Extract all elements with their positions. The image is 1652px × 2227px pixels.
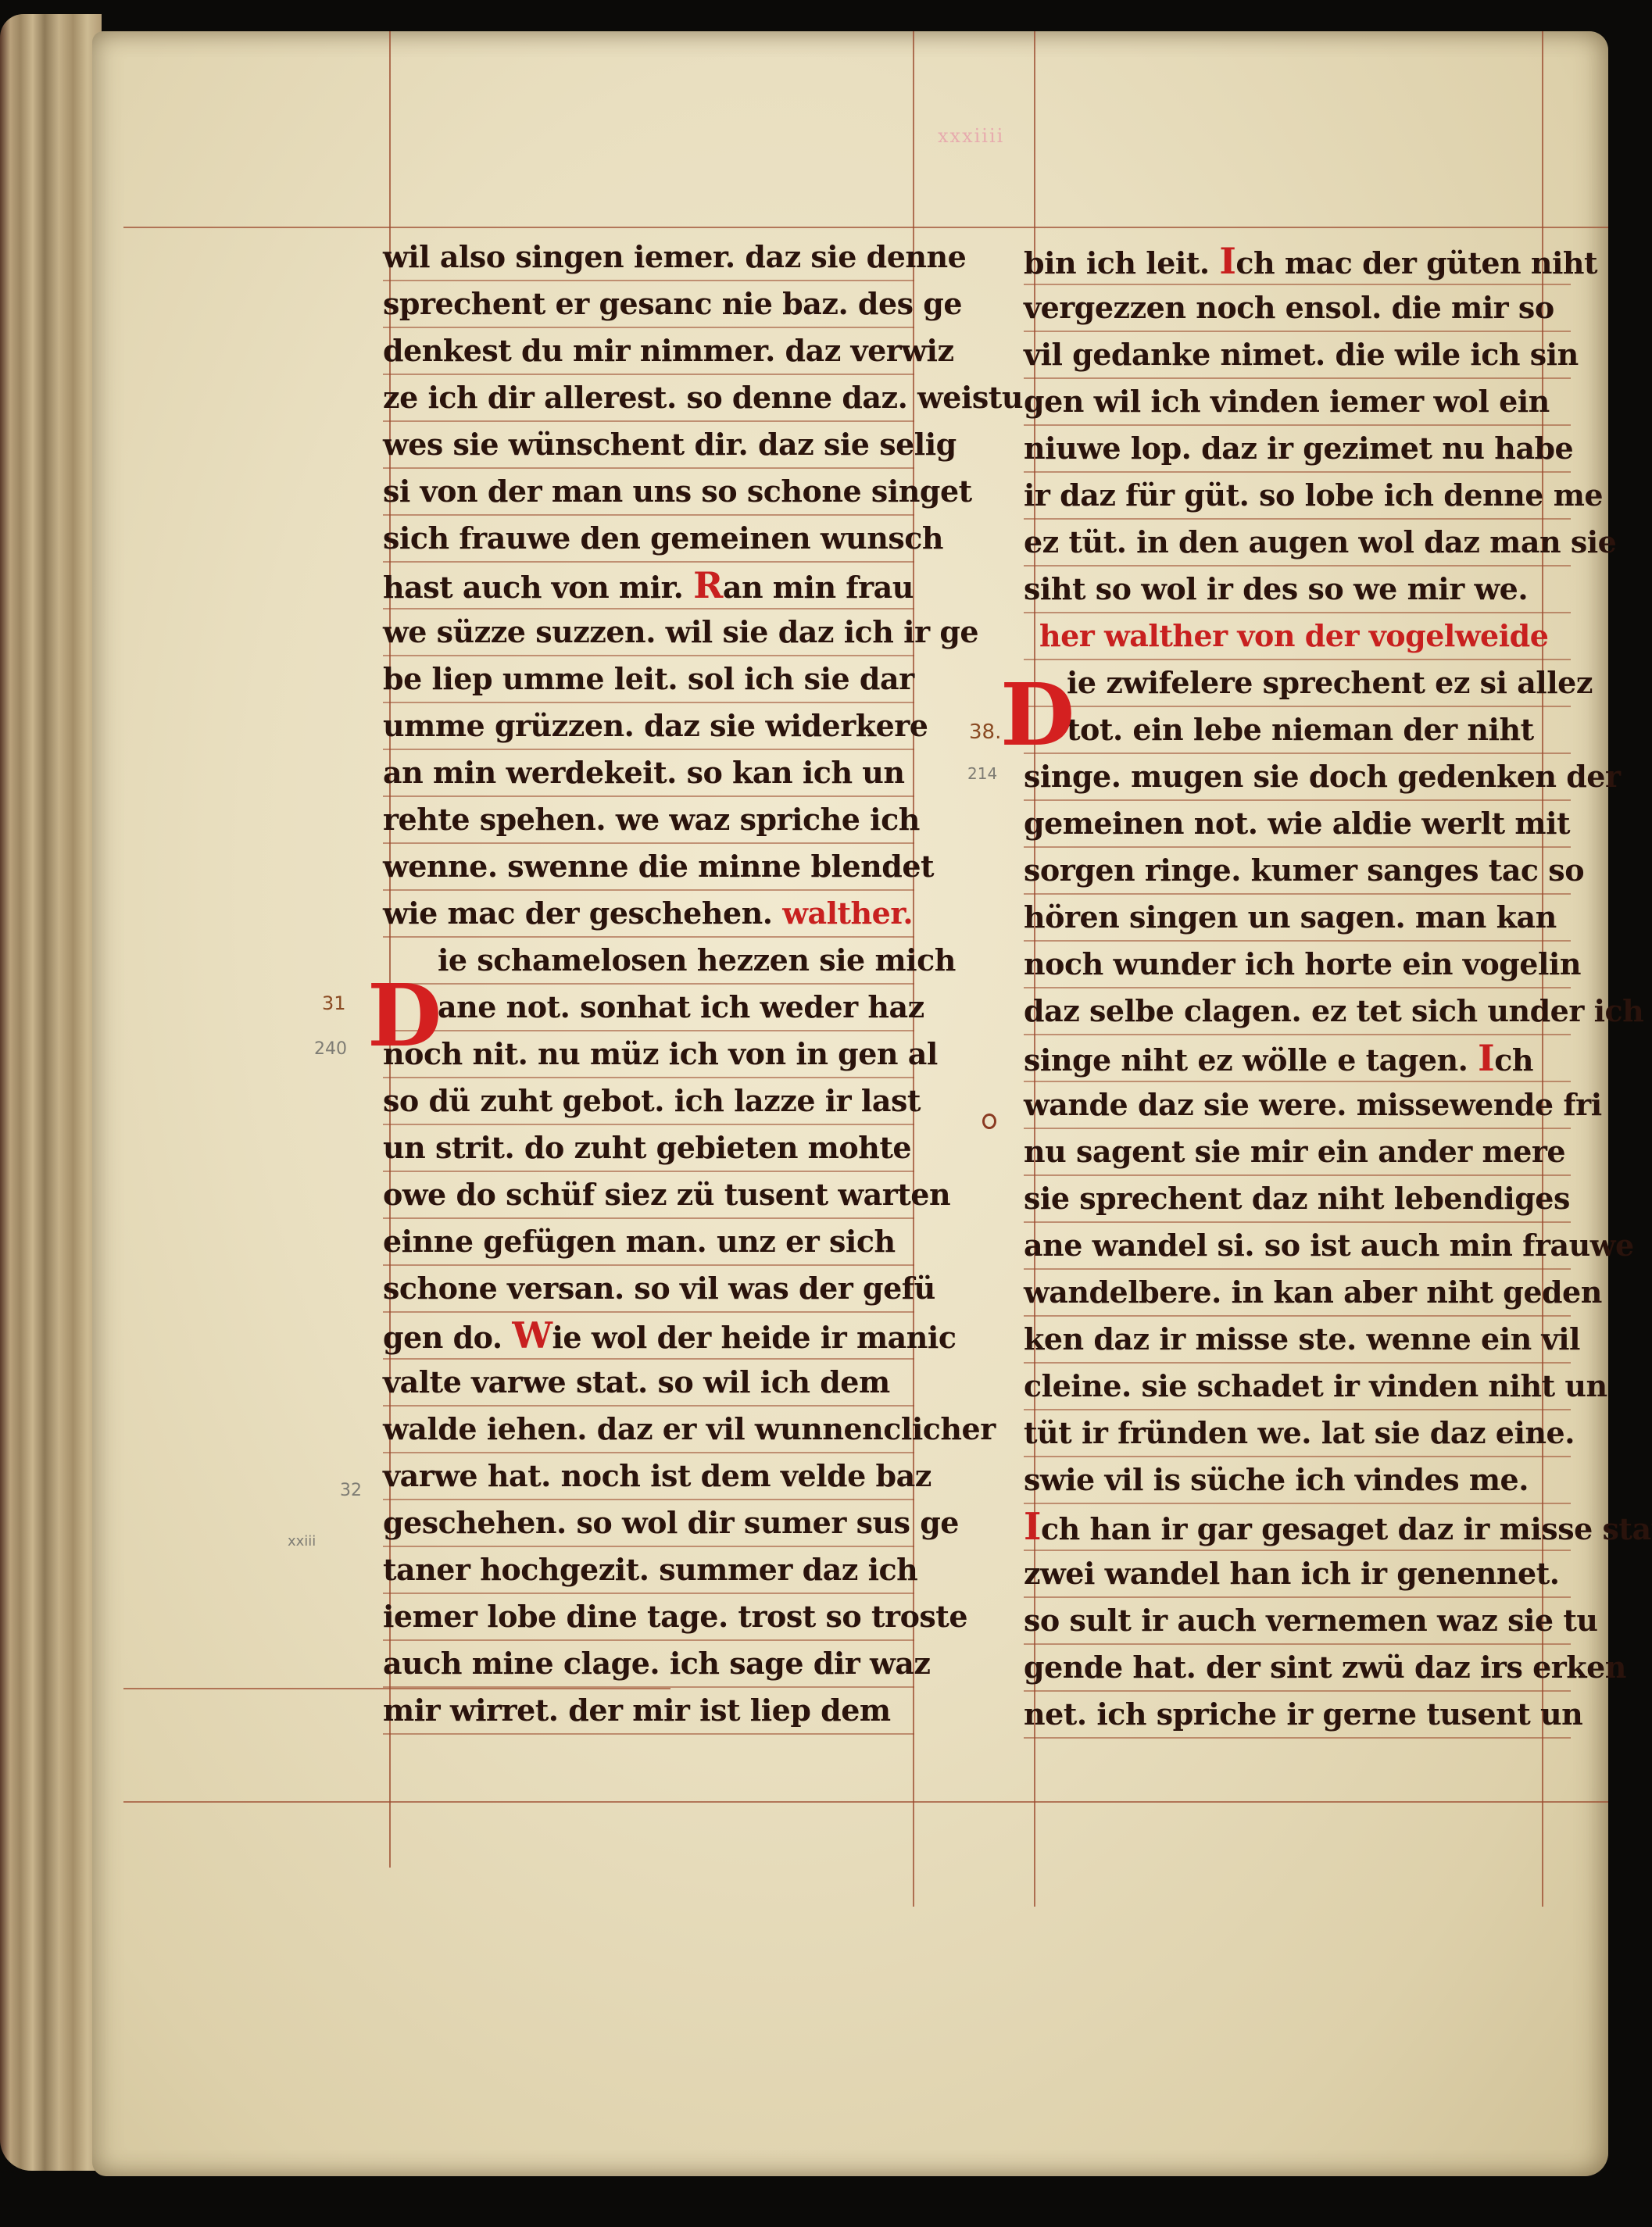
- margin-dot: [982, 1113, 996, 1129]
- folio-number: xxxiiii: [938, 125, 1004, 147]
- text-line: niuwe lop. daz ir gezimet nu habe: [1024, 426, 1571, 473]
- margin-note-number: 38.: [969, 720, 1001, 744]
- text-line: vergezzen noch ensol. die mir so: [1024, 285, 1571, 332]
- text-line: schone versan. so vil was der gefü: [383, 1266, 914, 1313]
- text-line: zwei wandel han ich ir genennet.: [1024, 1551, 1571, 1598]
- rubric-walther: walther.: [782, 895, 913, 931]
- text-line: wil also singen iemer. daz sie denne: [383, 234, 914, 281]
- text-line: noch nit. nu müz ich von in gen al: [383, 1031, 914, 1078]
- text-line: sorgen ringe. kumer sanges tac so: [1024, 848, 1571, 895]
- text-line: gende hat. der sint zwü daz irs erken: [1024, 1645, 1571, 1692]
- text-line: si von der man uns so schone singet: [383, 469, 914, 516]
- text-line: siht so wol ir des so we mir we.: [1024, 567, 1571, 613]
- text-line: taner hochgezit. summer daz ich: [383, 1547, 914, 1594]
- text-segment: ch han ir gar gesaget daz ir misse stat.: [1041, 1511, 1652, 1546]
- text-line: cleine. sie schadet ir vinden niht un: [1024, 1364, 1571, 1410]
- text-line: vil gedanke nimet. die wile ich sin: [1024, 332, 1571, 379]
- text-line: varwe hat. noch ist dem velde baz: [383, 1453, 914, 1500]
- text-segment: bin ich leit.: [1024, 245, 1210, 281]
- right-column: bin ich leit. Ich mac der güten niht ver…: [1024, 238, 1571, 1739]
- text-line: nu sagent sie mir ein ander mere: [1024, 1129, 1571, 1176]
- text-line: net. ich spriche ir gerne tusent un: [1024, 1692, 1571, 1739]
- text-segment: ch mac der güten niht: [1235, 245, 1597, 281]
- text-line: hören singen un sagen. man kan: [1024, 895, 1571, 942]
- text-segment: ch: [1494, 1042, 1533, 1078]
- large-initial-d-right: D: [1000, 672, 1075, 758]
- margin-note-pencil: xxiii: [288, 1533, 316, 1550]
- text-line: hast auch von mir. Ran min frau: [383, 563, 914, 609]
- book-page-edges: [0, 14, 102, 2171]
- inline-initial-w: W: [512, 1314, 552, 1357]
- text-line: umme grüzzen. daz sie widerkere: [383, 703, 914, 750]
- text-line: rehte spehen. we waz spriche ich: [383, 797, 914, 844]
- text-line: mir wirret. der mir ist liep dem: [383, 1688, 914, 1735]
- text-line: wie mac der geschehen. walther.: [383, 891, 914, 938]
- text-line: wes sie wünschent dir. daz sie selig: [383, 422, 914, 469]
- text-segment: singe niht ez wölle e tagen.: [1024, 1042, 1468, 1078]
- text-line: bin ich leit. Ich mac der güten niht: [1024, 238, 1571, 285]
- text-line: sie sprechent daz niht lebendiges: [1024, 1176, 1571, 1223]
- margin-note-pencil: 32: [340, 1481, 362, 1500]
- text-line: wandelbere. in kan aber niht geden: [1024, 1270, 1571, 1317]
- margin-note-pencil: 214: [967, 764, 997, 783]
- text-line: ken daz ir misse ste. wenne ein vil: [1024, 1317, 1571, 1364]
- text-line: singe. mugen sie doch gedenken der: [1024, 754, 1571, 801]
- text-line: auch mine clage. ich sage dir waz: [383, 1641, 914, 1688]
- text-line: singe niht ez wölle e tagen. Ich: [1024, 1035, 1571, 1082]
- margin-note-pencil: 240: [314, 1039, 347, 1059]
- text-line: owe do schüf siez zü tusent warten: [383, 1172, 914, 1219]
- text-line: swie vil is süche ich vindes me.: [1024, 1457, 1571, 1504]
- text-segment: wie mac der geschehen.: [383, 895, 773, 931]
- text-segment: gen do.: [383, 1320, 502, 1355]
- text-line: gen wil ich vinden iemer wol ein: [1024, 379, 1571, 426]
- text-segment: an min frau: [723, 570, 914, 605]
- text-line: ir daz für güt. so lobe ich denne me: [1024, 473, 1571, 520]
- text-line: denkest du mir nimmer. daz verwiz: [383, 328, 914, 375]
- text-line: so sult ir auch vernemen waz sie tu: [1024, 1598, 1571, 1645]
- text-line: so dü zuht gebot. ich lazze ir last: [383, 1078, 914, 1125]
- left-column: wil also singen iemer. daz sie denne spr…: [383, 234, 914, 1735]
- rubric-heading: her walther von der vogelweide: [1024, 613, 1571, 660]
- text-segment: ie wol der heide ir manic: [552, 1320, 957, 1355]
- text-line: ie schamelosen hezzen sie mich: [383, 938, 914, 985]
- text-line: wande daz sie were. missewende fri: [1024, 1082, 1571, 1129]
- large-initial-d-left: D: [367, 973, 442, 1059]
- text-line: gen do. Wie wol der heide ir manic: [383, 1313, 914, 1360]
- text-line: tot. ein lebe nieman der niht: [1024, 707, 1571, 754]
- ruling-bottom-b: [123, 1801, 1608, 1803]
- text-line: an min werdekeit. so kan ich un: [383, 750, 914, 797]
- text-line: gemeinen not. wie aldie werlt mit: [1024, 801, 1571, 848]
- inline-initial-i: I: [1478, 1037, 1494, 1079]
- text-line: ane not. sonhat ich weder haz: [383, 985, 914, 1031]
- inline-initial-i: I: [1024, 1505, 1041, 1549]
- text-line: iemer lobe dine tage. trost so troste: [383, 1594, 914, 1641]
- inline-initial-r: R: [693, 564, 723, 606]
- text-line: noch wunder ich horte ein vogelin: [1024, 942, 1571, 988]
- text-line: ze ich dir allerest. so denne daz. weist…: [383, 375, 914, 422]
- text-line: geschehen. so wol dir sumer sus ge: [383, 1500, 914, 1547]
- text-line: ie zwifelere sprechent ez si allez: [1024, 660, 1571, 707]
- text-line: daz selbe clagen. ez tet sich under ich: [1024, 988, 1571, 1035]
- text-line: einne gefügen man. unz er sich: [383, 1219, 914, 1266]
- text-line: Ich han ir gar gesaget daz ir misse stat…: [1024, 1504, 1571, 1551]
- text-line: un strit. do zuht gebieten mohte: [383, 1125, 914, 1172]
- text-line: we süzze suzzen. wil sie daz ich ir ge: [383, 609, 914, 656]
- inline-initial-i: I: [1219, 240, 1235, 282]
- text-line: be liep umme leit. sol ich sie dar: [383, 656, 914, 703]
- text-line: ane wandel si. so ist auch min frauwe: [1024, 1223, 1571, 1270]
- margin-note-number: 31: [322, 992, 346, 1014]
- text-line: sprechent er gesanc nie baz. des ge: [383, 281, 914, 328]
- text-line: tüt ir fründen we. lat sie daz eine.: [1024, 1410, 1571, 1457]
- text-line: wenne. swenne die minne blendet: [383, 844, 914, 891]
- ruling-top: [123, 227, 1608, 228]
- text-line: ez tüt. in den augen wol daz man sie: [1024, 520, 1571, 567]
- text-segment: hast auch von mir.: [383, 570, 683, 605]
- text-line: walde iehen. daz er vil wunnenclicher: [383, 1407, 914, 1453]
- text-line: valte varwe stat. so wil ich dem: [383, 1360, 914, 1407]
- text-line: sich frauwe den gemeinen wunsch: [383, 516, 914, 563]
